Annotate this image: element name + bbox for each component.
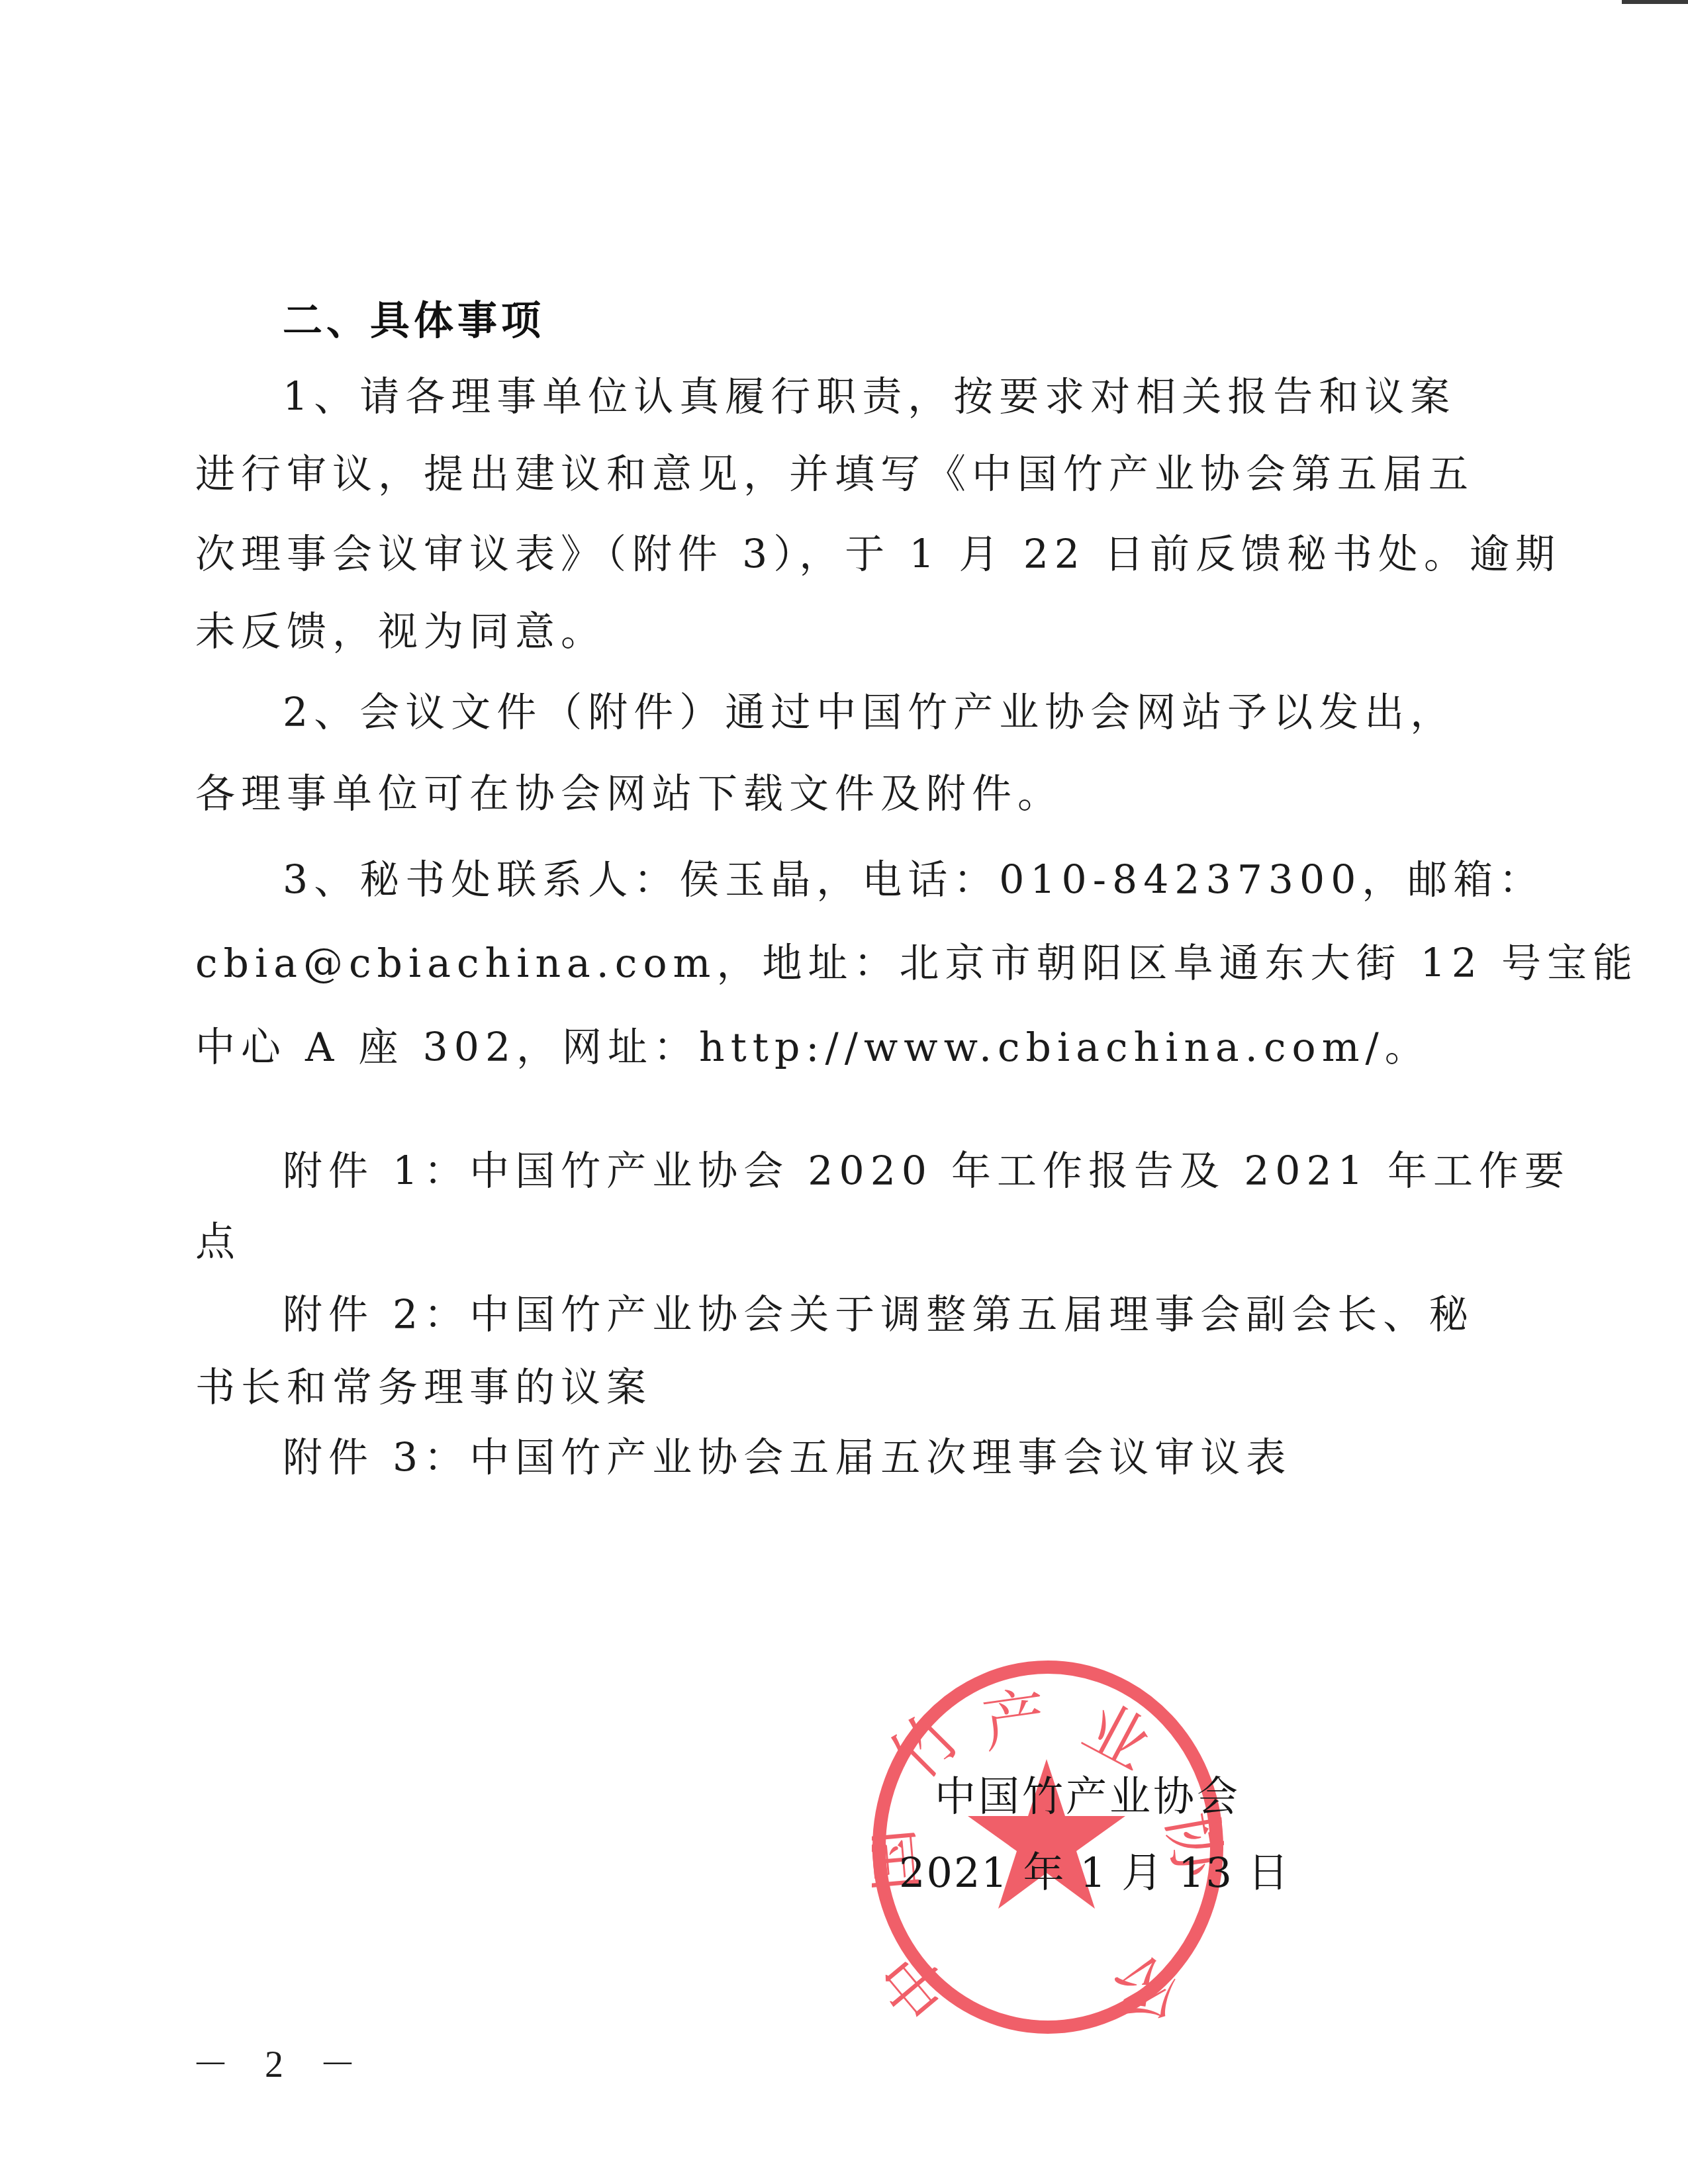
seal-char: 中 (872, 1936, 964, 2033)
seal-char: 产 (978, 1680, 1051, 1762)
attachment-1-cont: 点 (195, 1209, 1410, 1275)
paragraph-line: 次理事会议审议表》（附件 3），于 1 月 22 日前反馈秘书处。逾期 (195, 522, 1410, 588)
attachment-2-cont: 书长和常务理事的议案 (195, 1355, 1410, 1421)
page-number: － 2 － (192, 2038, 369, 2091)
attachment-2: 附件 2：中国竹产业协会关于调整第五届理事会副会长、秘 (283, 1282, 1410, 1348)
attachment-3: 附件 3：中国竹产业协会五届五次理事会议审议表 (283, 1425, 1410, 1491)
paragraph-line: cbia@cbiachina.com，地址：北京市朝阳区阜通东大街 12 号宝能 (195, 931, 1410, 997)
signature-organization: 中国竹产业协会 (935, 1770, 1241, 1823)
paragraph-line: 进行审议，提出建议和意见，并填写《中国竹产业协会第五届五 (195, 441, 1410, 508)
paragraph-line: 1、请各理事单位认真履行职责，按要求对相关报告和议案 (283, 364, 1410, 430)
paragraph-line: 未反馈，视为同意。 (195, 599, 1410, 665)
paragraph-line: 2、会议文件（附件）通过中国竹产业协会网站予以发出， (283, 680, 1410, 746)
scan-edge-artifact (1622, 0, 1688, 4)
paragraph-line: 中心 A 座 302，网址：http://www.cbiachina.com/。 (195, 1015, 1410, 1081)
paragraph-line: 各理事单位可在协会网站下载文件及附件。 (195, 761, 1410, 827)
paragraph-line: 3、秘书处联系人：侯玉晶，电话：010-84237300，邮箱： (283, 847, 1410, 913)
attachment-1: 附件 1：中国竹产业协会 2020 年工作报告及 2021 年工作要 (283, 1138, 1410, 1205)
signature-date: 2021 年 1 月 13 日 (899, 1846, 1290, 1899)
section-heading: 二、具体事项 (283, 288, 545, 354)
document-page: 二、具体事项 1、请各理事单位认真履行职责，按要求对相关报告和议案 进行审议，提… (0, 0, 1688, 2184)
